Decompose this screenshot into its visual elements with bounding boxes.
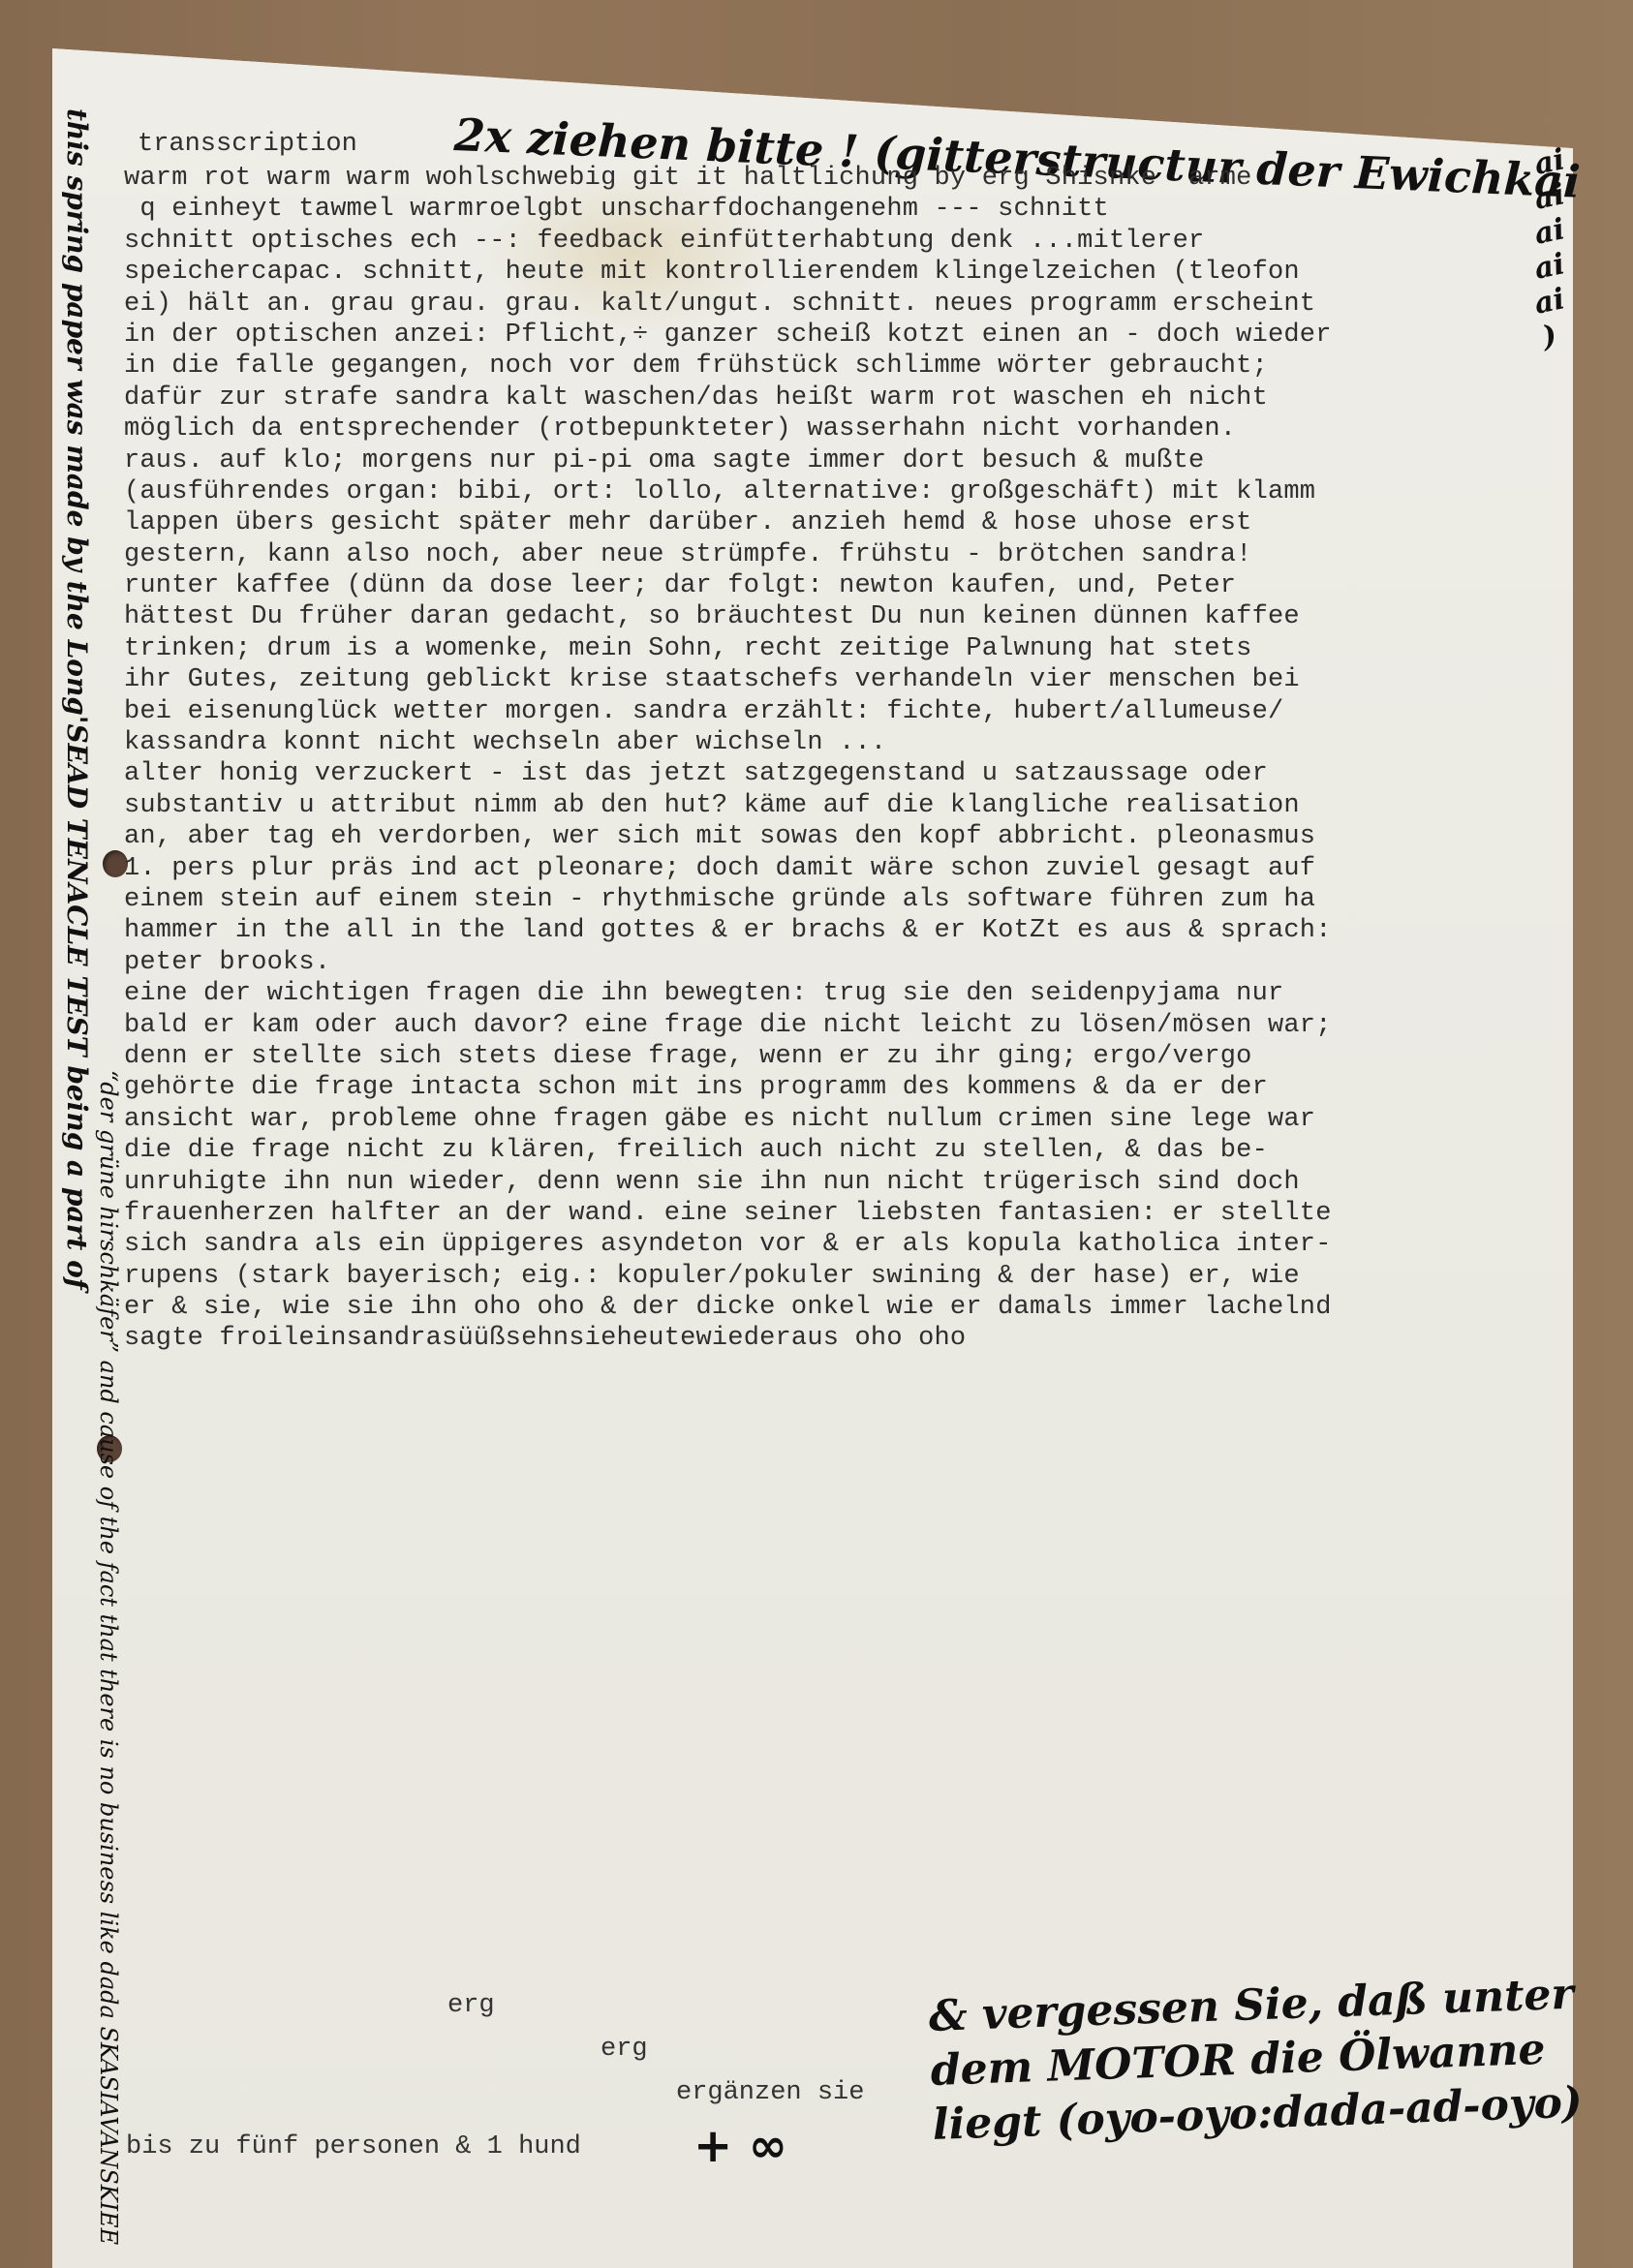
typed-line: unruhigte ihn nun wieder, denn wenn sie … (124, 1167, 1332, 1198)
handwritten-ai: ai (1527, 211, 1573, 254)
handwritten-left-margin-2: “der grüne hirschkäfer” and cause of the… (95, 1070, 122, 2245)
typed-line: eine der wichtigen fragen die ihn bewegt… (124, 978, 1332, 1009)
staircase-line-3: ergänzen sie (676, 2078, 864, 2107)
typed-line: bald er kam oder auch davor? eine frage … (124, 1010, 1332, 1041)
handwritten-ai: ai (1527, 141, 1573, 184)
typed-line: kassandra konnt nicht wechseln aber wich… (124, 727, 1332, 758)
typed-heading: transscription (138, 130, 357, 159)
typed-line: warm rot warm warm wohlschwebig git it h… (124, 163, 1332, 194)
typed-line: trinken; drum is a womenke, mein Sohn, r… (124, 633, 1332, 664)
typed-line: 1. pers plur präs ind act pleonare; doch… (124, 853, 1332, 884)
typed-line: an, aber tag eh verdorben, wer sich mit … (124, 821, 1332, 852)
typed-line: die die frage nicht zu klären, freilich … (124, 1135, 1332, 1166)
typed-line: hättest Du früher daran gedacht, so bräu… (124, 601, 1332, 632)
typed-line: frauenherzen halfter an der wand. eine s… (124, 1198, 1332, 1229)
typed-line: raus. auf klo; morgens nur pi-pi oma sag… (124, 445, 1332, 476)
typed-line: gestern, kann also noch, aber neue strüm… (124, 539, 1332, 570)
handwritten-bottom-note: & vergessen Sie, daß unter dem MOTOR die… (928, 1968, 1584, 2153)
typed-line: runter kaffee (dünn da dose leer; dar fo… (124, 570, 1332, 601)
handwritten-left-margin-1: this spring paper was made by the Long'S… (61, 108, 93, 1290)
handwritten-ai: ai (1527, 281, 1573, 323)
typed-line: ihr Gutes, zeitung geblickt krise staats… (124, 664, 1332, 695)
typed-line: in der optischen anzei: Pflicht,÷ ganzer… (124, 320, 1332, 351)
typed-line: ansicht war, probleme ohne fragen gäbe e… (124, 1104, 1332, 1135)
handwritten-right-margin: ai ai ai ai ai ) (1530, 145, 1569, 354)
handwritten-ai: ai (1527, 176, 1573, 219)
typed-line: alter honig verzuckert - ist das jetzt s… (124, 758, 1332, 789)
typed-last-line: bis zu fünf personen & 1 hund (126, 2132, 581, 2161)
staircase-line-2: erg (601, 2035, 648, 2064)
typed-line: einem stein auf einem stein - rhythmisch… (124, 884, 1332, 915)
typed-line: in die falle gegangen, noch vor dem früh… (124, 351, 1332, 382)
staircase-line-1: erg (447, 1991, 495, 2020)
typed-line: hammer in the all in the land gottes & e… (124, 915, 1332, 946)
typed-line: lappen übers gesicht später mehr darüber… (124, 507, 1332, 538)
typed-line: peter brooks. (124, 947, 1332, 978)
typed-line: speichercapac. schnitt, heute mit kontro… (124, 257, 1332, 288)
typed-line: rupens (stark bayerisch; eig.: kopuler/p… (124, 1261, 1332, 1292)
typed-line: bei eisenunglück wetter morgen. sandra e… (124, 696, 1332, 727)
typed-line: ei) hält an. grau grau. grau. kalt/ungut… (124, 289, 1332, 320)
handwritten-ai: ai (1527, 246, 1573, 289)
typed-line: substantiv u attribut nimm ab den hut? k… (124, 790, 1332, 821)
typed-line: (ausführendes organ: bibi, ort: lollo, a… (124, 476, 1332, 507)
handwritten-paren: ) (1527, 316, 1573, 358)
typed-line: dafür zur strafe sandra kalt waschen/das… (124, 383, 1332, 414)
typed-line: er & sie, wie sie ihn oho oho & der dick… (124, 1292, 1332, 1323)
typed-line: schnitt optisches ech --: feedback einfü… (124, 226, 1332, 257)
typed-line: denn er stellte sich stets diese frage, … (124, 1041, 1332, 1072)
handwritten-plus-infinity: + ∞ (693, 2119, 787, 2173)
typed-line: sich sandra als ein üppigeres asyndeton … (124, 1229, 1332, 1260)
typed-line: sagte froileinsandrasüüßsehnsieheutewied… (124, 1323, 1332, 1354)
typed-line: q einheyt tawmel warmroelgbt unscharfdoc… (124, 194, 1332, 225)
typed-line: möglich da entsprechender (rotbepunktete… (124, 414, 1332, 444)
typed-body: warm rot warm warm wohlschwebig git it h… (124, 163, 1332, 1355)
typed-line: gehörte die frage intacta schon mit ins … (124, 1072, 1332, 1103)
